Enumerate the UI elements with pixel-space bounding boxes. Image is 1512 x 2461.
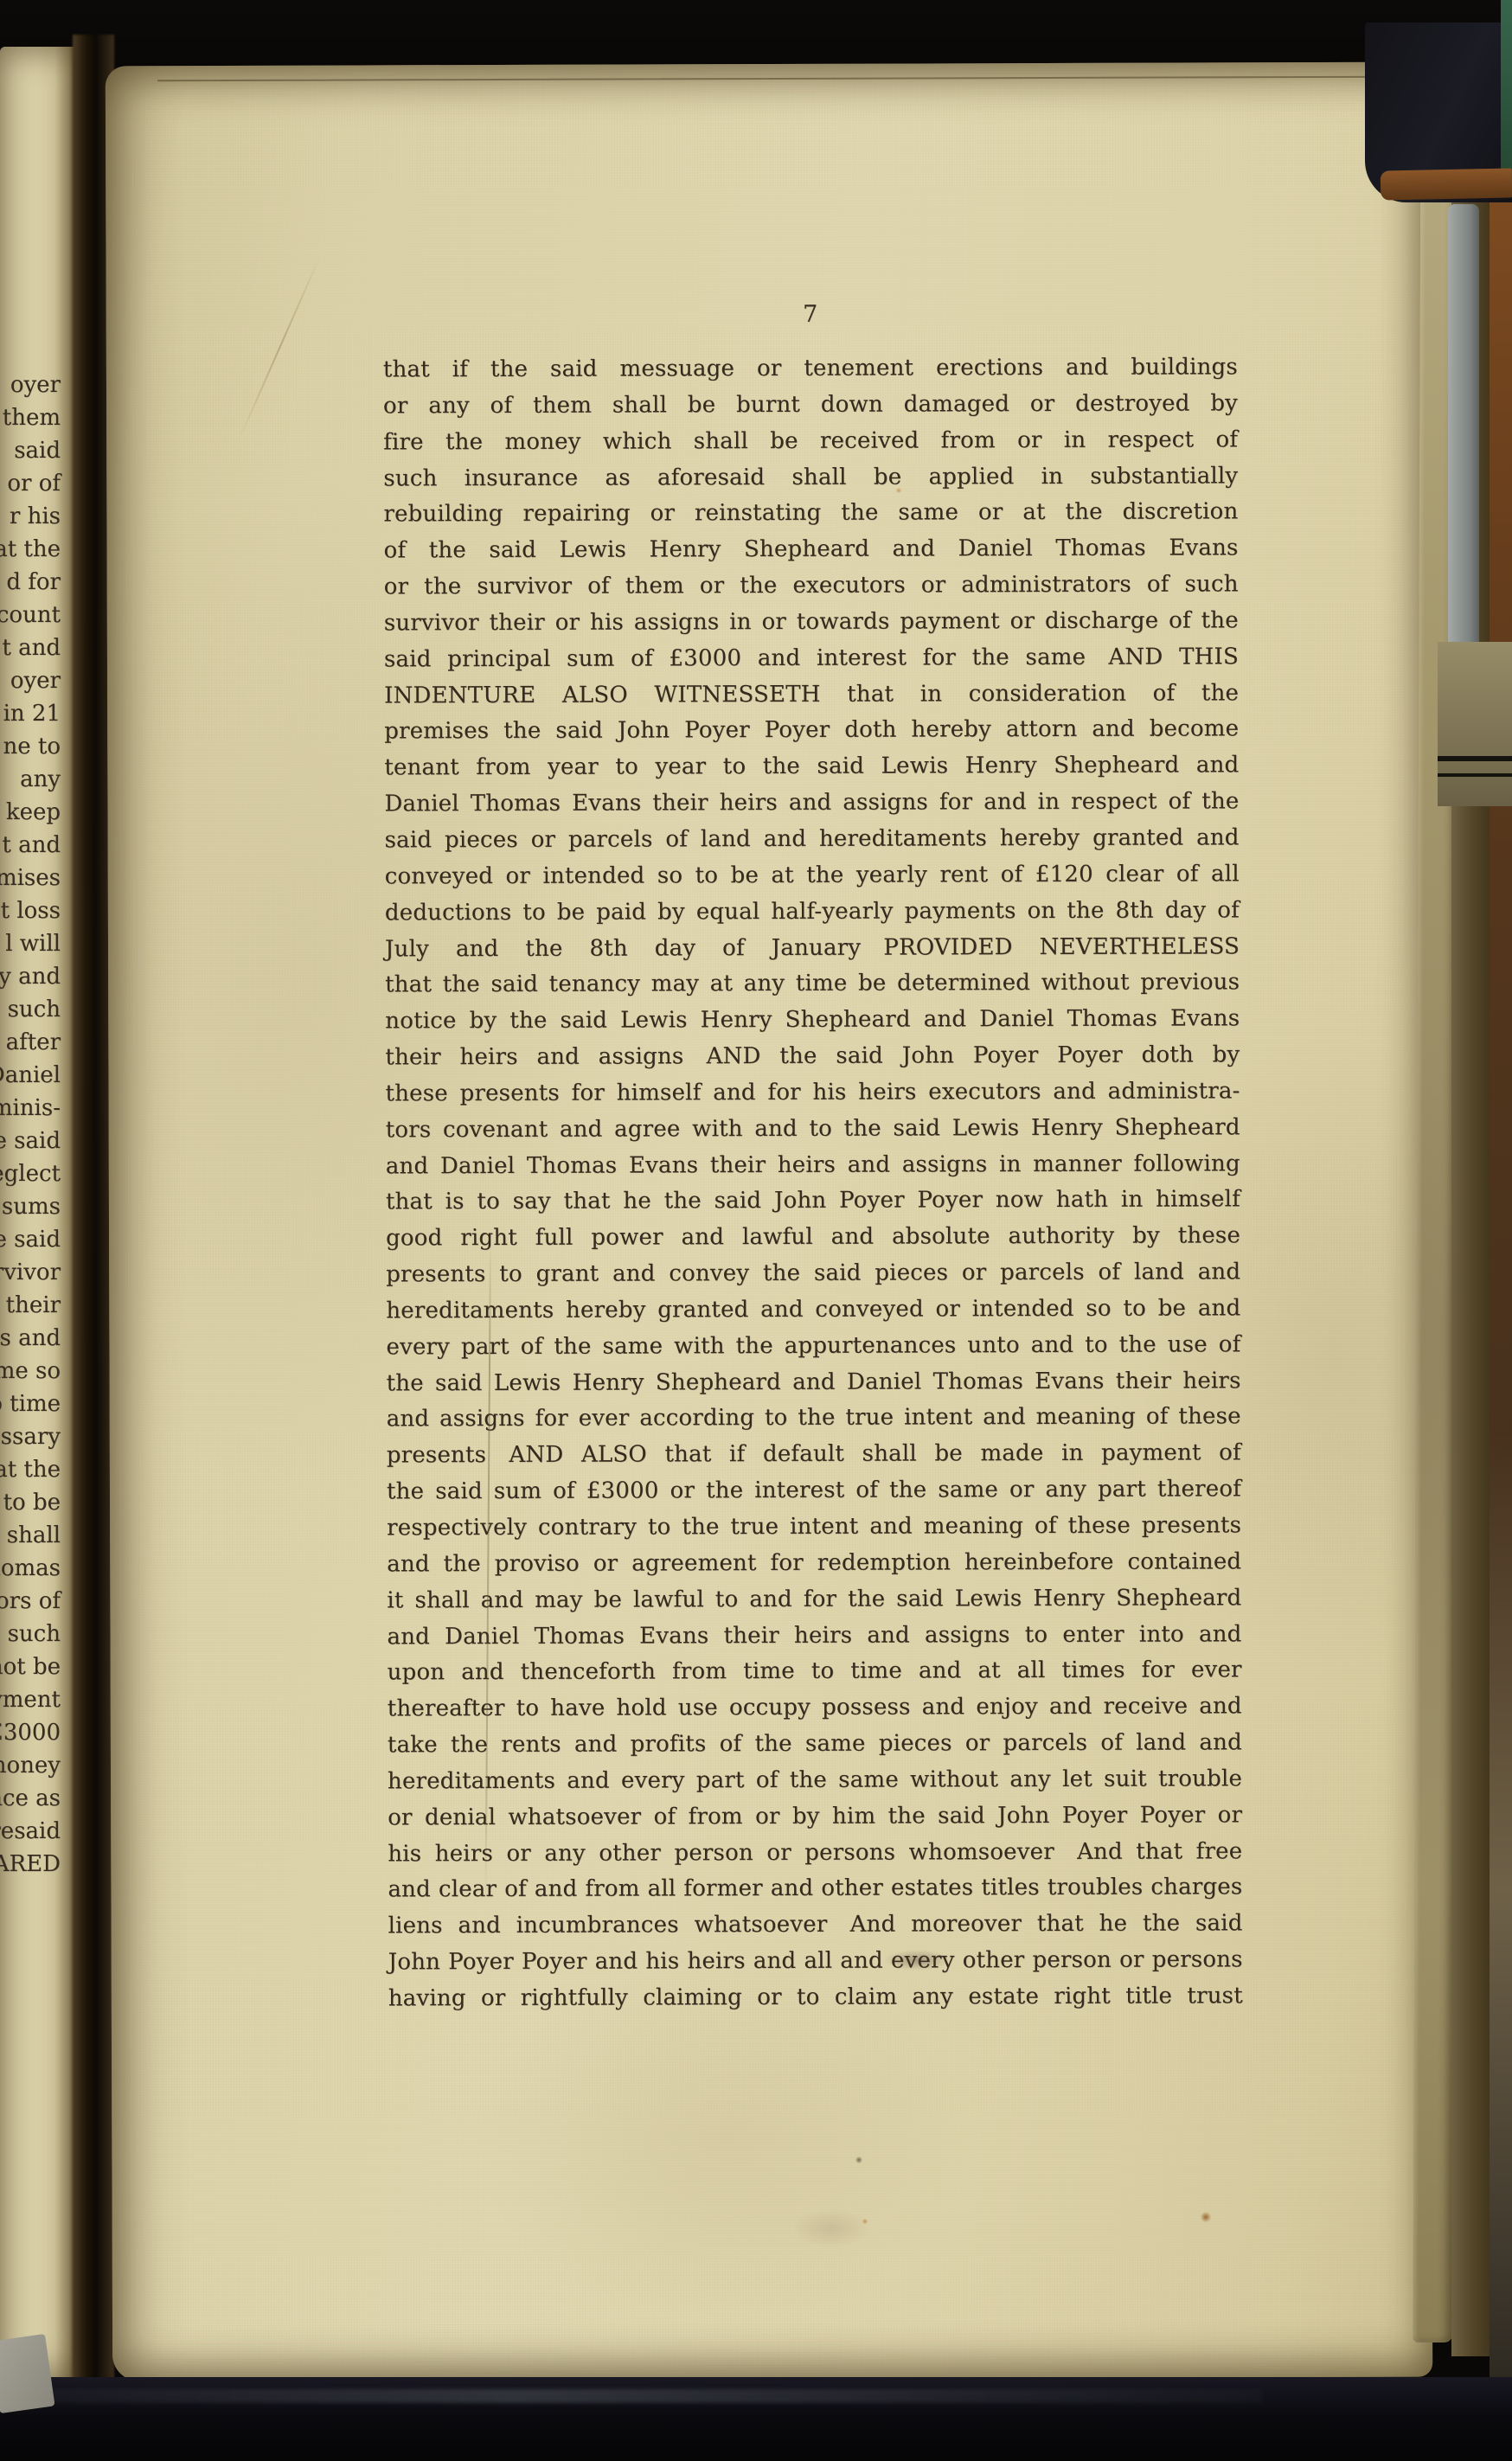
text-fragment: in 21 bbox=[0, 697, 61, 730]
text-line: and assigns for ever according to the tr… bbox=[387, 1400, 1241, 1439]
text-fragment: sums bbox=[0, 1190, 61, 1223]
text-line: presents to grant and convey the said pi… bbox=[386, 1254, 1240, 1293]
text-line: hereditaments hereby granted and conveye… bbox=[386, 1291, 1240, 1330]
text-fragment: d for bbox=[0, 566, 61, 599]
text-line: that the said tenancy may at any time be… bbox=[385, 965, 1240, 1004]
text-fragment: not be bbox=[0, 1650, 61, 1683]
text-line: upon and thenceforth from time to time a… bbox=[388, 1653, 1242, 1692]
text-line: their heirs and assigns AND the said Joh… bbox=[385, 1037, 1240, 1076]
text-line: said pieces or parcels of land and hered… bbox=[385, 820, 1240, 859]
text-fragment: their bbox=[0, 1289, 61, 1322]
text-line: these presents for himself and for his h… bbox=[385, 1073, 1240, 1112]
text-fragment: oresaid bbox=[0, 1815, 61, 1848]
text-line: that is to say that he the said John Poy… bbox=[386, 1182, 1240, 1221]
page-scratch bbox=[239, 255, 321, 438]
text-line: of the said Lewis Henry Shepheard and Da… bbox=[383, 531, 1238, 570]
text-fragment: ors of bbox=[0, 1585, 61, 1618]
text-fragment: keep bbox=[0, 796, 61, 829]
cover-spine-edge bbox=[1490, 178, 1512, 2461]
underlying-page-edge bbox=[157, 76, 1391, 81]
page-text-block: that if the said messuage or tenement er… bbox=[383, 349, 1243, 2017]
text-fragment: homas bbox=[0, 1552, 61, 1585]
text-fragment: any bbox=[0, 763, 61, 796]
text-fragment: such bbox=[0, 993, 61, 1026]
text-fragment: money bbox=[0, 1749, 61, 1782]
text-fragment: after bbox=[0, 1026, 61, 1059]
text-fragment: at the bbox=[0, 1453, 61, 1486]
text-fragment: y and bbox=[0, 960, 61, 993]
text-fragment: £3000 bbox=[0, 1716, 61, 1749]
text-fragment: eglect bbox=[0, 1157, 61, 1190]
book-cover-bottom-edge bbox=[0, 2377, 1512, 2461]
text-line: fire the money which shall be received f… bbox=[383, 422, 1238, 461]
text-fragment: e said bbox=[0, 1223, 61, 1256]
page-number: 7 bbox=[383, 299, 1238, 329]
text-line: thereafter to have hold use occupy posse… bbox=[388, 1689, 1242, 1728]
text-line: notice by the said Lewis Henry Shepheard… bbox=[385, 1001, 1240, 1040]
text-line: John Poyer Poyer and his heirs and all a… bbox=[388, 1942, 1243, 1981]
text-line: conveyed or intended so to be at the yea… bbox=[385, 856, 1240, 895]
page-block-edge bbox=[1448, 204, 1479, 661]
text-line: good right full power and lawful and abs… bbox=[386, 1219, 1240, 1258]
ribbon-stripe bbox=[1438, 756, 1512, 761]
leather-binding-lip bbox=[1381, 168, 1512, 200]
text-fragment: n shall bbox=[0, 1519, 61, 1552]
text-fragment: nce as bbox=[0, 1782, 61, 1815]
text-fragment: e said bbox=[0, 1125, 61, 1157]
text-line: rebuilding repairing or reinstating the … bbox=[383, 495, 1238, 534]
text-line: and the proviso or agreement for redempt… bbox=[387, 1544, 1241, 1583]
cover-sheen bbox=[52, 2389, 1263, 2403]
text-line: hereditaments and every part of the same… bbox=[388, 1761, 1242, 1800]
text-line: Daniel Thomas Evans their heirs and assi… bbox=[384, 784, 1239, 823]
text-line: respectively contrary to the true intent… bbox=[387, 1508, 1241, 1547]
text-fragment: rvivor bbox=[0, 1256, 61, 1289]
text-line: deductions to be paid by equal half-year… bbox=[385, 893, 1240, 932]
book-page: 7 that if the said messuage or tenement … bbox=[106, 62, 1432, 2381]
text-line: that if the said messuage or tenement er… bbox=[383, 349, 1238, 388]
text-line: and Daniel Thomas Evans their heirs and … bbox=[386, 1146, 1240, 1185]
text-fragment: yment bbox=[0, 1683, 61, 1716]
text-line: INDENTURE ALSO WITNESSETH that in consid… bbox=[384, 676, 1239, 715]
text-fragment: such bbox=[0, 1618, 61, 1650]
text-line: or any of them shall be burnt down damag… bbox=[383, 386, 1238, 425]
previous-page-sliver: oyerthemsaidor ofr hisat thed forcountt … bbox=[0, 47, 76, 2377]
previous-page-text-fragments: oyerthemsaidor ofr hisat thed forcountt … bbox=[0, 369, 61, 1881]
text-line: presents AND ALSO that if default shall … bbox=[387, 1436, 1241, 1475]
text-fragment: at the bbox=[0, 533, 61, 566]
text-line: and clear of and from all former and oth… bbox=[388, 1870, 1242, 1909]
ribbon-stripe bbox=[1438, 773, 1512, 777]
text-fragment: l will bbox=[0, 927, 61, 960]
text-line: take the rents and profits of the same p… bbox=[388, 1725, 1242, 1764]
text-fragment: essary bbox=[0, 1420, 61, 1453]
text-line: the said Lewis Henry Shepheard and Danie… bbox=[387, 1363, 1241, 1402]
text-fragment: t and bbox=[0, 631, 61, 664]
text-fragment: r his bbox=[0, 500, 61, 533]
text-fragment: said bbox=[0, 434, 61, 467]
text-fragment: s and bbox=[0, 1322, 61, 1355]
text-line: or the survivor of them or the executors… bbox=[384, 567, 1239, 606]
text-line: his heirs or any other person or persons… bbox=[388, 1834, 1242, 1873]
book-cover-top-edge bbox=[0, 0, 1512, 69]
text-fragment: oyer bbox=[0, 664, 61, 697]
bookmark-ribbon-band bbox=[1438, 642, 1512, 806]
text-line: tors covenant and agree with and to the … bbox=[386, 1110, 1240, 1149]
text-line: the said sum of £3000 or the interest of… bbox=[387, 1471, 1241, 1510]
book-photograph: oyerthemsaidor ofr hisat thed forcountt … bbox=[0, 0, 1512, 2461]
text-line: premises the said John Poyer Poyer doth … bbox=[384, 712, 1239, 751]
text-line: tenant from year to year to the said Lew… bbox=[384, 748, 1239, 787]
text-fragment: ARED bbox=[0, 1848, 61, 1881]
text-fragment: them bbox=[0, 401, 61, 434]
text-fragment: ne to bbox=[0, 730, 61, 763]
text-fragment: minis- bbox=[0, 1092, 61, 1125]
text-fragment: t loss bbox=[0, 894, 61, 927]
text-line: or denial whatsoever of from or by him t… bbox=[388, 1798, 1242, 1836]
text-fragment: t and bbox=[0, 829, 61, 862]
text-line: said principal sum of £3000 and interest… bbox=[384, 639, 1239, 678]
text-line: having or rightfully claiming or to clai… bbox=[388, 1978, 1243, 2017]
text-line: such insurance as aforesaid shall be app… bbox=[383, 458, 1238, 497]
text-line: it shall and may be lawful to and for th… bbox=[387, 1580, 1241, 1619]
text-line: survivor their or his assigns in or towa… bbox=[384, 603, 1239, 642]
text-fragment: oyer bbox=[0, 369, 61, 401]
text-fragment: o time bbox=[0, 1388, 61, 1420]
text-fragment: mises bbox=[0, 862, 61, 894]
text-line: every part of the same with the appurten… bbox=[386, 1327, 1240, 1366]
text-fragment: Daniel bbox=[0, 1059, 61, 1092]
text-line: July and the 8th day of January PROVIDED… bbox=[385, 929, 1240, 968]
text-line: and Daniel Thomas Evans their heirs and … bbox=[387, 1617, 1241, 1656]
text-fragment: to be bbox=[0, 1486, 61, 1519]
text-fragment: or of bbox=[0, 467, 61, 500]
text-line: liens and incumbrances whatsoever And mo… bbox=[388, 1907, 1242, 1945]
text-fragment: count bbox=[0, 599, 61, 631]
text-fragment: me so bbox=[0, 1355, 61, 1388]
